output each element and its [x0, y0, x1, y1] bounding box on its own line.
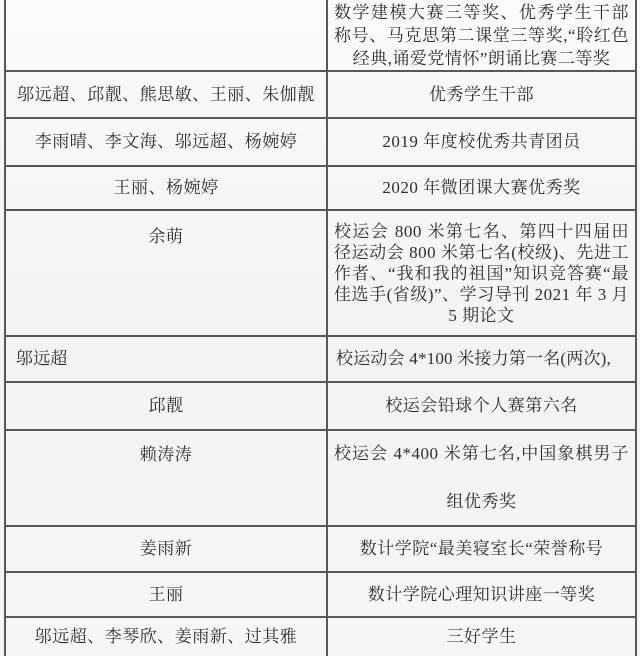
names-text: 王丽 — [14, 583, 318, 607]
names-cell: 李雨晴、李文海、邬远超、杨婉婷 — [6, 119, 328, 165]
award-text: 数学建模大赛三等奖、优秀学生干部称号、马克思第二课堂三等奖,“聆红色经典,诵爱党… — [334, 1, 629, 70]
names-text: 赖涛涛 — [14, 443, 318, 467]
table-row: 姜雨新 数计学院“最美寝室长“荣誉称号 — [6, 527, 635, 573]
names-text: 姜雨新 — [14, 537, 318, 561]
names-text: 王丽、杨婉婷 — [14, 176, 318, 200]
names-cell: 邬远超 — [6, 337, 328, 381]
names-text: 李雨晴、李文海、邬远超、杨婉婷 — [14, 130, 318, 154]
award-cell: 2020 年微团课大赛优秀奖 — [328, 167, 635, 209]
award-text: 2020 年微团课大赛优秀奖 — [334, 176, 629, 200]
award-text: 三好学生 — [334, 625, 629, 649]
award-text: 校运会 4*400 米第七名,中国象棋男子组优秀奖 — [334, 431, 629, 525]
table-row: 王丽、杨婉婷 2020 年微团课大赛优秀奖 — [6, 167, 635, 211]
names-text: 邬远超 — [14, 347, 318, 371]
table-row: 邬远超 校运动会 4*100 米接力第一名(两次), — [6, 337, 635, 383]
table-row: 李雨晴、李文海、邬远超、杨婉婷 2019 年度校优秀共青团员 — [6, 119, 635, 167]
award-text: 校运会铅球个人赛第六名 — [334, 394, 629, 418]
award-text: 数计学院心理知识讲座一等奖 — [334, 583, 629, 607]
award-cell: 优秀学生干部 — [328, 72, 635, 117]
award-text: 2019 年度校优秀共青团员 — [334, 130, 629, 154]
table-row: 赖涛涛 校运会 4*400 米第七名,中国象棋男子组优秀奖 — [6, 431, 635, 527]
award-cell: 2019 年度校优秀共青团员 — [328, 119, 635, 165]
names-text: 邬远超、李琴欣、姜雨新、过其雅 — [14, 625, 318, 649]
awards-table: 数学建模大赛三等奖、优秀学生干部称号、马克思第二课堂三等奖,“聆红色经典,诵爱党… — [4, 0, 637, 656]
names-text: 邱靓 — [14, 394, 318, 418]
names-cell: 姜雨新 — [6, 527, 328, 571]
names-cell: 赖涛涛 — [6, 431, 328, 525]
names-cell: 邬远超、李琴欣、姜雨新、过其雅 — [6, 618, 328, 656]
table-row: 数学建模大赛三等奖、优秀学生干部称号、马克思第二课堂三等奖,“聆红色经典,诵爱党… — [6, 0, 635, 72]
award-cell: 校运会铅球个人赛第六名 — [328, 383, 635, 429]
award-cell: 校运会 800 米第七名、第四十四届田径运动会 800 米第七名(校级)、先进工… — [328, 211, 635, 335]
names-cell: 邱靓 — [6, 383, 328, 429]
names-cell: 邬远超、邱靓、熊思敏、王丽、朱伽靓 — [6, 72, 328, 117]
table-row: 余萌 校运会 800 米第七名、第四十四届田径运动会 800 米第七名(校级)、… — [6, 211, 635, 337]
award-cell: 三好学生 — [328, 618, 635, 656]
award-cell: 校运动会 4*100 米接力第一名(两次), — [328, 337, 635, 381]
award-text: 校运动会 4*100 米接力第一名(两次), — [334, 347, 629, 371]
names-cell: 余萌 — [6, 211, 328, 335]
award-text: 校运会 800 米第七名、第四十四届田径运动会 800 米第七名(校级)、先进工… — [334, 221, 629, 326]
names-text: 余萌 — [14, 225, 318, 249]
table-row: 邬远超、李琴欣、姜雨新、过其雅 三好学生 — [6, 618, 635, 656]
award-cell: 数计学院心理知识讲座一等奖 — [328, 573, 635, 616]
names-cell: 王丽 — [6, 573, 328, 616]
names-cell: 王丽、杨婉婷 — [6, 167, 328, 209]
table-row: 王丽 数计学院心理知识讲座一等奖 — [6, 573, 635, 618]
award-cell: 数学建模大赛三等奖、优秀学生干部称号、马克思第二课堂三等奖,“聆红色经典,诵爱党… — [328, 0, 635, 70]
award-text: 优秀学生干部 — [334, 83, 629, 107]
award-text: 数计学院“最美寝室长“荣誉称号 — [334, 537, 629, 561]
award-cell: 数计学院“最美寝室长“荣誉称号 — [328, 527, 635, 571]
table-row: 邱靓 校运会铅球个人赛第六名 — [6, 383, 635, 431]
names-text: 邬远超、邱靓、熊思敏、王丽、朱伽靓 — [14, 83, 318, 107]
table-row: 邬远超、邱靓、熊思敏、王丽、朱伽靓 优秀学生干部 — [6, 72, 635, 119]
award-cell: 校运会 4*400 米第七名,中国象棋男子组优秀奖 — [328, 431, 635, 525]
names-cell — [6, 0, 328, 70]
